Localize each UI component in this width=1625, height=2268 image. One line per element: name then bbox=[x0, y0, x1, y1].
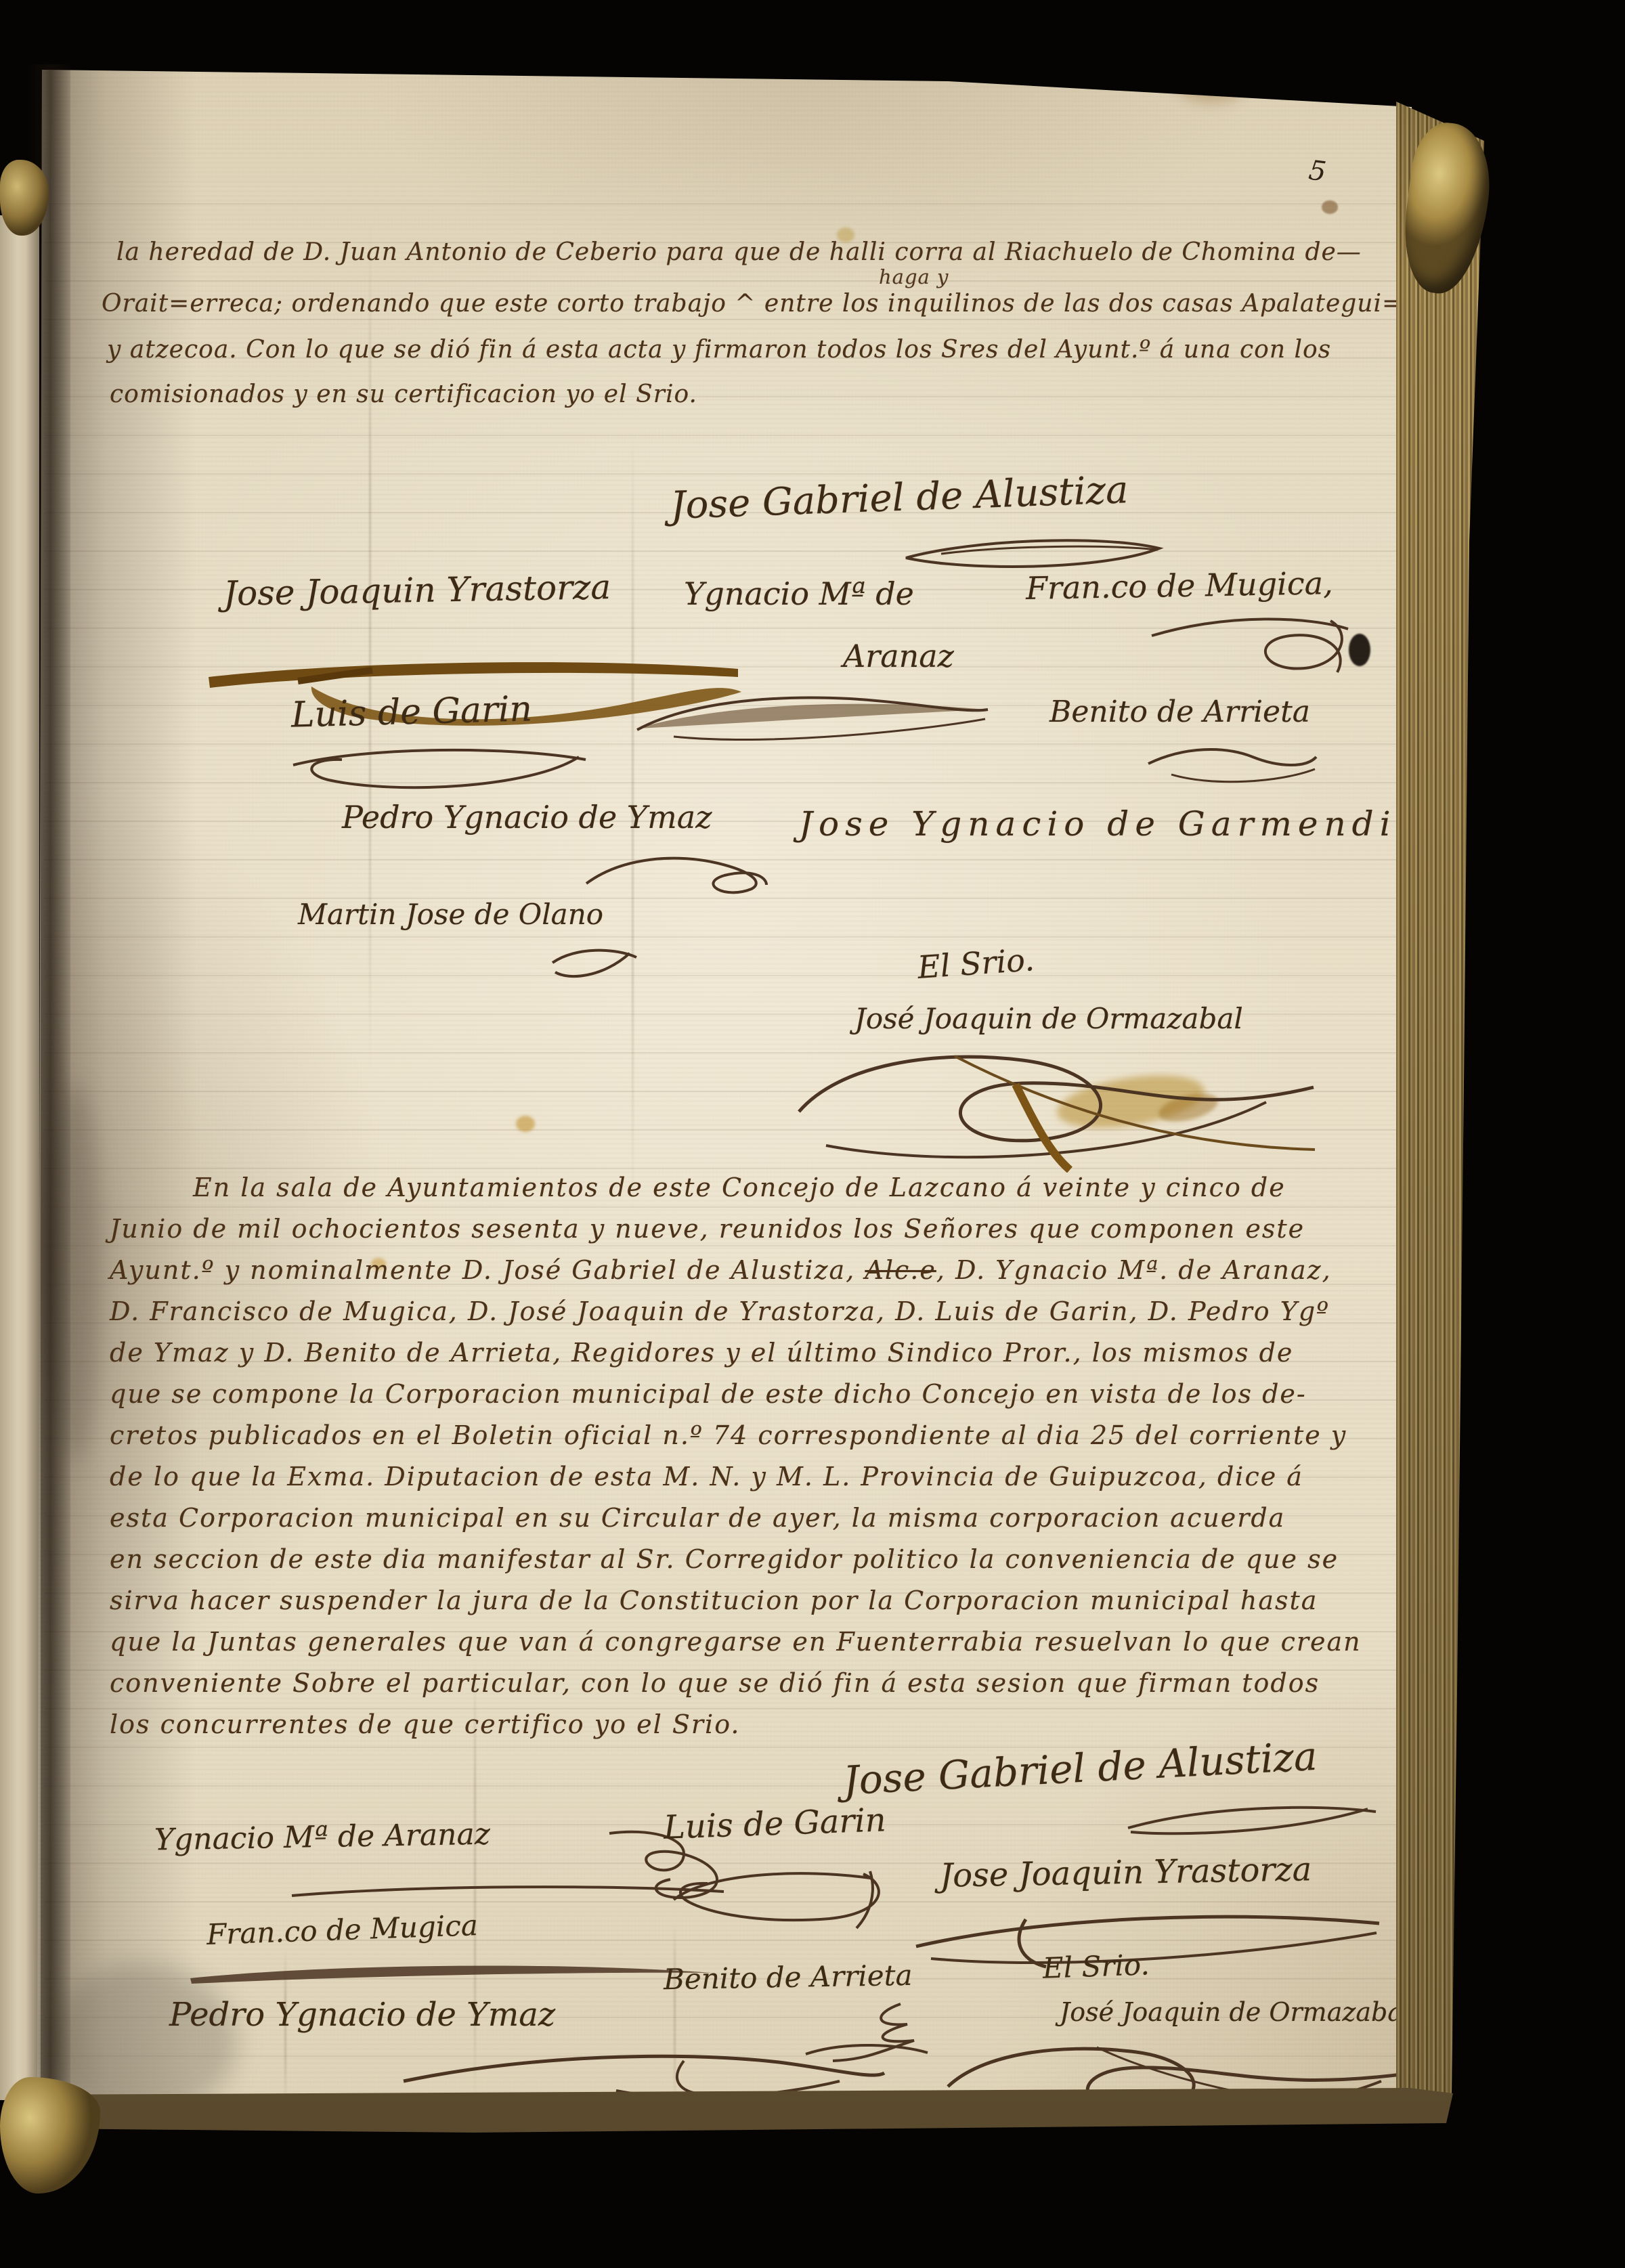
paper-stain bbox=[1175, 60, 1249, 103]
closing-line-3: y atzecoa. Con lo que se dió fin á esta … bbox=[107, 336, 1331, 364]
signature-name: Fran.co de Mugica, bbox=[1026, 565, 1334, 607]
signature-jose-joaquin-ormazabal-bottom: José Joaquin de Ormazabal bbox=[1060, 1997, 1411, 2027]
signature-benito-arrieta-top: Benito de Arrieta bbox=[1049, 695, 1310, 729]
signature-aranaz-top: Aranaz bbox=[843, 638, 954, 674]
signature-jose-joaquin-yrastorza-top: Jose Joaquin Yrastorza bbox=[223, 567, 611, 613]
session-line-12: que la Juntas generales que van á congre… bbox=[110, 1627, 1362, 1657]
signature-jose-joaquin-ormazabal-top: José Joaquin de Ormazabal bbox=[854, 1002, 1243, 1035]
struck-word: Alc.e bbox=[865, 1255, 936, 1285]
signature-flourish bbox=[1144, 739, 1327, 790]
binding-corner-curl-bottom bbox=[0, 2077, 100, 2194]
signature-flourish bbox=[548, 942, 643, 983]
signature-pedro-ygnacio-ymaz-bottom: Pedro Ygnacio de Ymaz bbox=[169, 1996, 555, 2034]
signature-flourish bbox=[186, 1961, 721, 1988]
signature-name: Pedro Ygnacio de Ymaz bbox=[169, 1996, 555, 2034]
signature-martin-jose-olano-top: Martin Jose de Olano bbox=[298, 898, 603, 931]
signature-name: Pedro Ygnacio de Ymaz bbox=[342, 799, 712, 835]
signature-el-srio-bottom: El Srio. bbox=[1042, 1948, 1150, 1984]
signature-name: Luis de Garin bbox=[663, 1801, 886, 1846]
session-line-11: sirva hacer suspender la jura de la Cons… bbox=[110, 1586, 1318, 1615]
signature-name: Benito de Arrieta bbox=[1049, 695, 1310, 729]
binding-crease bbox=[26, 64, 70, 2106]
session-line-9: esta Corporacion municipal en su Circula… bbox=[110, 1503, 1285, 1533]
session-line-4: D. Francisco de Mugica, D. José Joaquin … bbox=[110, 1296, 1330, 1326]
session-line-5: de Ymaz y D. Benito de Arrieta, Regidore… bbox=[110, 1338, 1293, 1368]
insertion-haga-y: haga y bbox=[879, 265, 949, 288]
signature-flourish bbox=[288, 745, 592, 799]
signature-name: El Srio. bbox=[1042, 1948, 1150, 1984]
session-line-7: cretos publicados en el Boletin oficial … bbox=[110, 1420, 1347, 1450]
signature-flourish bbox=[1148, 606, 1358, 694]
session-line-14: los concurrentes de que certifico yo el … bbox=[110, 1709, 741, 1739]
signature-benito-arrieta-bottom: Benito de Arrieta bbox=[664, 1959, 913, 1996]
book-page: 5 la heredad de D. Juan Antonio de Ceber… bbox=[0, 0, 1625, 2268]
signature-flourish bbox=[911, 1906, 1391, 1970]
session-line-1: En la sala de Ayuntamientos de este Conc… bbox=[193, 1173, 1286, 1202]
signature-name: Ygnacio Mª de Aranaz bbox=[154, 1817, 491, 1858]
signature-jose-ygnacio-garmendia-top: Jose Ygnacio de Garmendia bbox=[799, 804, 1423, 844]
session-line-6: que se compone la Corporacion municipal … bbox=[110, 1379, 1307, 1409]
signature-name: Benito de Arrieta bbox=[664, 1959, 913, 1996]
session-line-2: Junio de mil ochocientos sesenta y nueve… bbox=[110, 1214, 1305, 1244]
session-line-3-post: , D. Ygnacio Mª. de Aranaz, bbox=[936, 1255, 1332, 1285]
signature-francisco-mugica-top: Fran.co de Mugica, bbox=[1026, 565, 1334, 607]
signature-name: Martin Jose de Olano bbox=[298, 898, 603, 931]
session-line-10: en seccion de este dia manifestar al Sr.… bbox=[110, 1544, 1339, 1574]
signature-name: Aranaz bbox=[843, 638, 954, 674]
signature-flourish bbox=[582, 850, 772, 900]
closing-line-2: Orait=erreca; ordenando que este corto t… bbox=[102, 290, 1500, 318]
session-line-13: conveniente Sobre el particular, con lo … bbox=[110, 1668, 1320, 1698]
closing-line-1: la heredad de D. Juan Antonio de Ceberio… bbox=[116, 238, 1362, 266]
signature-ygnacio-ma-aranaz-bottom: Ygnacio Mª de Aranaz bbox=[154, 1817, 491, 1858]
signature-ygnacio-ma-de-top: Ygnacio Mª de bbox=[684, 575, 914, 612]
signature-name: José Joaquin de Ormazabal bbox=[1060, 1997, 1411, 2027]
session-line-3-pre: Ayunt.º y nominalmente D. José Gabriel d… bbox=[110, 1255, 865, 1285]
signature-luis-garin-bottom: Luis de Garin bbox=[663, 1801, 886, 1846]
session-line-8: de lo que la Exma. Diputacion de esta M.… bbox=[110, 1462, 1303, 1491]
paper-stain bbox=[516, 1116, 535, 1132]
signature-name: Jose Joaquin Yrastorza bbox=[223, 567, 611, 613]
signature-name: Ygnacio Mª de bbox=[684, 575, 914, 612]
signature-pedro-ygnacio-ymaz-top: Pedro Ygnacio de Ymaz bbox=[342, 799, 712, 835]
signature-luis-garin-top: Luis de Garin bbox=[290, 689, 532, 735]
signature-flourish bbox=[667, 1866, 904, 1934]
manuscript-photo: 5 la heredad de D. Juan Antonio de Ceber… bbox=[0, 0, 1625, 2268]
signature-flourish bbox=[288, 1883, 728, 1901]
paper-stain bbox=[1322, 200, 1338, 214]
signature-rubric bbox=[779, 1044, 1327, 1173]
signature-flourish bbox=[1124, 1801, 1381, 1838]
signature-name: José Joaquin de Ormazabal bbox=[854, 1002, 1243, 1035]
signature-name: Jose Ygnacio de Garmendia bbox=[799, 804, 1423, 844]
closing-line-4: comisionados y en su certificacion yo el… bbox=[110, 380, 697, 408]
signature-name: Luis de Garin bbox=[290, 689, 532, 735]
signature-flourish bbox=[633, 689, 992, 750]
signature-jose-joaquin-yrastorza-bottom: Jose Joaquin Yrastorza bbox=[940, 1850, 1312, 1895]
signature-name: Jose Joaquin Yrastorza bbox=[940, 1850, 1312, 1895]
session-line-3: Ayunt.º y nominalmente D. José Gabriel d… bbox=[110, 1255, 1332, 1285]
